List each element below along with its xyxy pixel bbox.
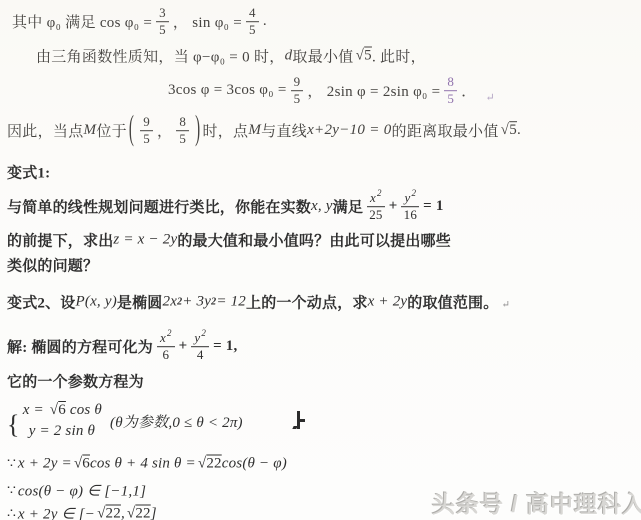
- sqrt-icon: √: [97, 506, 105, 520]
- fraction-9-5: 95: [140, 115, 153, 147]
- var-d: d: [285, 48, 293, 65]
- heading-text: 变式1:: [7, 162, 50, 183]
- text-segment: ]: [151, 506, 157, 520]
- text-segment: = 1,: [213, 339, 237, 356]
- document-page: 其中 φ₀ 满足 cos φ₀ = 35 ， sin φ₀ = 45 . 由三角…: [0, 0, 641, 520]
- text-segment: ， 2sin φ = 2sin φ₀ =: [307, 81, 440, 102]
- fraction-4-5: 45: [246, 6, 259, 38]
- text-segment: 的前提下，求出: [7, 230, 113, 251]
- text-segment: cos θ + 4 sin θ =: [90, 456, 196, 473]
- var-M: M: [248, 123, 261, 140]
- sqrt-icon: √: [74, 456, 82, 473]
- text-segment: 因此，当点: [7, 121, 84, 142]
- text-segment: 它的一个参数方程为: [7, 371, 144, 392]
- radicand-22: 22: [135, 506, 150, 520]
- sqrt-icon: √: [127, 506, 135, 520]
- radicand-22: 22: [106, 506, 121, 520]
- text-segment: 满足: [333, 197, 363, 218]
- fraction-denominator: 5: [447, 92, 454, 107]
- parametric-intro: 它的一个参数方程为: [7, 371, 144, 392]
- fraction-numerator: 3: [156, 6, 169, 22]
- fraction-denominator: 5: [159, 23, 166, 38]
- text-segment: ,: [121, 506, 125, 520]
- fraction-8-5: 85: [444, 75, 457, 107]
- text-segment: .: [517, 123, 521, 140]
- text-segment: 是椭圆: [117, 292, 163, 313]
- text-segment: 的距离取最小值: [392, 121, 499, 142]
- radicand-6: 6: [58, 402, 66, 418]
- comma: ，: [157, 121, 172, 142]
- line-3cos-2sin: 3cos φ = 3cos φ₀ = 95 ， 2sin φ = 2sin φ₀…: [168, 75, 495, 107]
- line-trig-property: 由三角函数性质知，当 φ−φ₀ = 0 时， d 取最小值 √5 . 此时，: [36, 46, 426, 67]
- parameter-condition: (θ为参数,0 ≤ θ < 2π): [110, 411, 243, 432]
- text-segment: 取最小值: [292, 46, 353, 67]
- return-mark-icon: ↵: [501, 300, 510, 311]
- exponent: 2: [377, 189, 382, 198]
- line-because-1: ∵ x + 2y = √6 cos θ + 4 sin θ = √22 cos(…: [7, 456, 287, 473]
- sqrt-icon: √: [50, 402, 58, 418]
- radicand-5: 5: [364, 48, 372, 65]
- variation-1-text-3: 类似的问题？: [7, 255, 98, 276]
- fraction-numerator: 8: [176, 115, 189, 131]
- sqrt-icon: √: [501, 123, 510, 140]
- radicand-6: 6: [82, 456, 90, 473]
- line-equation: x+2y−10 = 0: [307, 123, 391, 140]
- right-paren: ): [195, 111, 200, 150]
- variation-1-heading: 变式1:: [7, 162, 50, 183]
- text-segment: x + 2y ∈ [−: [18, 505, 95, 520]
- ellipse-equation: = 12: [216, 294, 246, 311]
- text-segment: cos(θ − φ) ∈ [−1,1]: [18, 482, 146, 501]
- text-segment: = 1: [423, 199, 443, 216]
- var-xy: x, y: [311, 199, 333, 216]
- return-mark-icon: ↵: [486, 92, 496, 105]
- var-M: M: [84, 123, 97, 140]
- plus-sign: +: [179, 339, 188, 356]
- left-paren: (: [129, 111, 134, 150]
- solution-line: 解: 椭圆的方程可化为 x26 + y24 = 1,: [7, 331, 237, 363]
- sqrt-icon: √: [198, 456, 206, 473]
- text-segment: x =: [23, 402, 48, 418]
- fraction-denominator: 25: [369, 208, 382, 223]
- var-y: y: [194, 331, 200, 345]
- equation-y: y = 2 sin θ: [23, 421, 102, 442]
- fraction-numerator: x2: [367, 191, 385, 207]
- fraction-numerator: 4: [246, 6, 259, 22]
- exponent: 2: [167, 329, 172, 338]
- text-segment: x + 2y =: [18, 456, 72, 473]
- expression-x-2y: x + 2y: [368, 294, 408, 311]
- text-segment: 类似的问题？: [7, 255, 98, 276]
- text-segment: 3cos φ = 3cos φ₀ =: [168, 83, 287, 100]
- variation-1-text-1: 与简单的线性规划问题进行类比，你能在实数 x, y 满足 x225 + y216…: [7, 191, 444, 223]
- fraction-denominator: 5: [143, 132, 150, 147]
- fraction-denominator: 5: [179, 132, 186, 147]
- var-x: x: [160, 331, 166, 345]
- text-segment: cos θ: [66, 402, 102, 418]
- text-segment: 位于: [96, 121, 127, 142]
- ellipse-equation: + 3y: [182, 294, 211, 311]
- text-segment: cos(θ − φ): [222, 456, 287, 473]
- fraction-8-5: 85: [176, 115, 189, 147]
- fraction-9-5: 95: [291, 75, 304, 107]
- line-conclusion: 因此，当点 M 位于 ( 95 ， 85 ) 时，点 M 与直线 x+2y−10…: [7, 115, 521, 147]
- text-segment: .: [263, 14, 267, 31]
- fraction-denominator: 4: [197, 348, 204, 363]
- text-segment: ．: [461, 81, 476, 102]
- text-segment: 与直线: [261, 121, 307, 142]
- because-icon: ∵: [7, 483, 16, 500]
- fraction-y2-4: y24: [191, 331, 209, 363]
- fraction-numerator: y2: [191, 331, 209, 347]
- ellipse-equation: 2x: [163, 294, 178, 311]
- line-phi0-values: 其中 φ₀ 满足 cos φ₀ = 35 ， sin φ₀ = 45 .: [12, 6, 267, 38]
- exponent: 2: [201, 329, 206, 338]
- fraction-3-5: 35: [156, 6, 169, 38]
- fraction-numerator: 8: [444, 75, 457, 91]
- radicand-22: 22: [206, 456, 221, 473]
- sqrt-icon: √: [356, 48, 365, 65]
- text-segment: 时，点: [202, 121, 248, 142]
- text-segment: 的最大值和最小值吗？由此可以提出哪些: [177, 230, 451, 251]
- variation-2-text: 变式2、设 P(x, y) 是椭圆 2x2 + 3y2 = 12 上的一个动点，…: [7, 292, 510, 313]
- text-segment: 的取值范围。: [407, 292, 498, 313]
- objective-equation: z = x − 2y: [113, 232, 177, 249]
- because-icon: ∵: [7, 456, 16, 473]
- therefore-icon: ∴: [7, 506, 16, 520]
- var-y: y: [404, 191, 410, 205]
- fraction-x2-6: x26: [157, 331, 175, 363]
- text-segment: . 此时，: [372, 46, 426, 67]
- text-segment: 与简单的线性规划问题进行类比，你能在实数: [7, 197, 311, 218]
- radicand-5: 5: [509, 123, 517, 140]
- fraction-denominator: 5: [249, 23, 256, 38]
- text-segment: 由三角函数性质知，当 φ−φ₀ = 0 时，: [36, 46, 285, 67]
- line-because-2: ∵ cos(θ − φ) ∈ [−1,1]: [7, 482, 146, 501]
- fraction-numerator: x2: [157, 331, 175, 347]
- text-segment: y = 2 sin θ: [29, 423, 95, 439]
- variation-1-text-2: 的前提下，求出 z = x − 2y 的最大值和最小值吗？由此可以提出哪些: [7, 230, 451, 251]
- exponent: 2: [411, 189, 416, 198]
- text-segment: 解: 椭圆的方程可化为: [7, 337, 153, 358]
- var-x: x: [370, 191, 376, 205]
- fraction-denominator: 16: [404, 208, 417, 223]
- parametric-system: { x = √6 cos θ y = 2 sin θ (θ为参数,0 ≤ θ <…: [7, 400, 243, 442]
- point-P: P(x, y): [76, 294, 117, 311]
- fraction-y2-16: y216: [401, 191, 419, 223]
- plus-sign: +: [389, 199, 398, 216]
- text-segment: 其中 φ₀ 满足 cos φ₀ =: [12, 12, 152, 33]
- fraction-denominator: 5: [294, 92, 301, 107]
- text-cursor[interactable]: [297, 411, 300, 429]
- watermark: 头条号 / 高中理科入门: [432, 486, 641, 519]
- line-therefore: ∴ x + 2y ∈ [− √22 , √22 ]: [7, 505, 157, 520]
- fraction-numerator: 9: [140, 115, 153, 131]
- text-segment: 变式2、设: [7, 292, 76, 313]
- fraction-x2-25: x225: [367, 191, 385, 223]
- fraction-denominator: 6: [162, 348, 169, 363]
- text-segment: ， sin φ₀ =: [173, 12, 242, 33]
- fraction-numerator: 9: [291, 75, 304, 91]
- fraction-numerator: y2: [401, 191, 419, 207]
- left-brace: {: [7, 410, 20, 440]
- text-segment: 上的一个动点，求: [246, 292, 368, 313]
- equation-column: x = √6 cos θ y = 2 sin θ: [23, 400, 102, 442]
- equation-x: x = √6 cos θ: [23, 400, 102, 421]
